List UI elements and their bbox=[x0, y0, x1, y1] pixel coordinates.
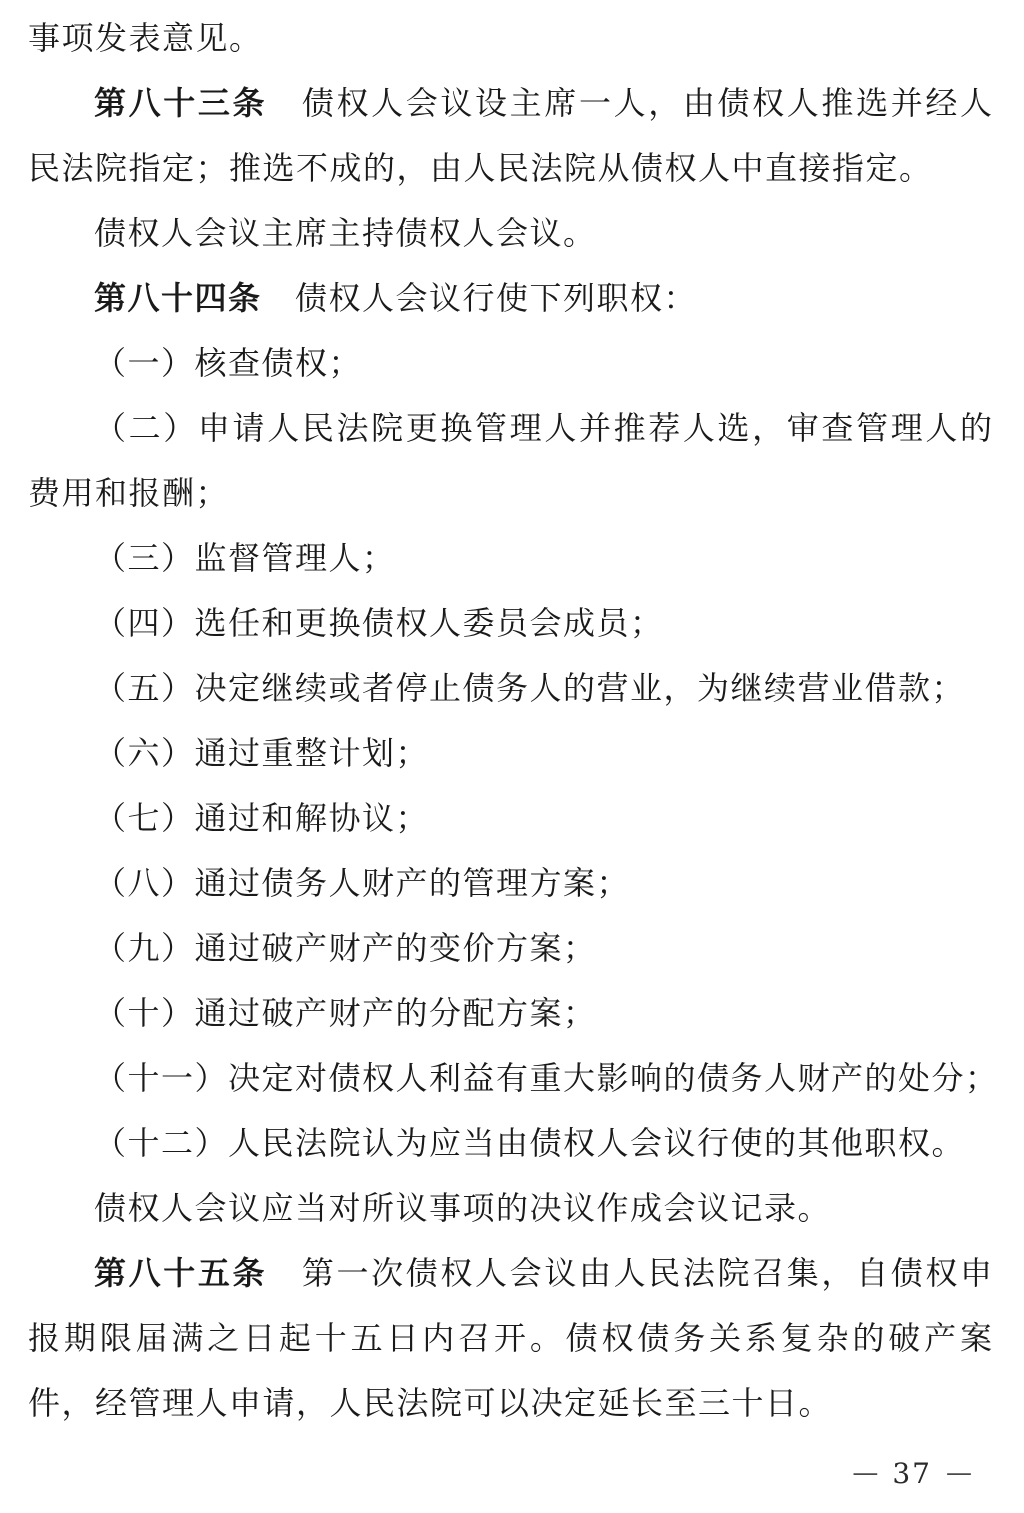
article-83-number: 第八十三条 bbox=[94, 84, 267, 122]
line-text: 债权人会议应当对所议事项的决议作成会议记录。 bbox=[94, 1189, 831, 1227]
footer-left-dash: — bbox=[852, 1458, 878, 1488]
list-item-2: （二）申请人民法院更换管理人并推荐人选，审查管理人的 bbox=[28, 396, 992, 461]
line-text: 事项发表意见。 bbox=[28, 19, 263, 57]
article-85-heading-line: 第八十五条 第一次债权人会议由人民法院召集，自债权申 bbox=[28, 1241, 992, 1306]
line-text: （十一）决定对债权人利益有重大影响的债务人财产的处分； bbox=[94, 1059, 999, 1097]
list-item-7: （七）通过和解协议； bbox=[28, 786, 992, 851]
list-item-8: （八）通过债务人财产的管理方案； bbox=[28, 851, 992, 916]
doc-line: 债权人会议应当对所议事项的决议作成会议记录。 bbox=[28, 1176, 992, 1241]
list-item-1: （一）核查债权； bbox=[28, 331, 992, 396]
line-text: 报期限届满之日起十五日内召开。债权债务关系复杂的破产案 bbox=[28, 1319, 992, 1357]
list-item-11: （十一）决定对债权人利益有重大影响的债务人财产的处分； bbox=[28, 1046, 992, 1111]
list-item-2-continuation: 费用和报酬； bbox=[28, 461, 992, 526]
line-text: 第一次债权人会议由人民法院召集，自债权申 bbox=[267, 1254, 992, 1292]
article-85-number: 第八十五条 bbox=[94, 1254, 267, 1292]
line-text: 债权人会议主席主持债权人会议。 bbox=[94, 214, 597, 252]
list-item-5: （五）决定继续或者停止债务人的营业，为继续营业借款； bbox=[28, 656, 992, 721]
line-text: （七）通过和解协议； bbox=[94, 799, 429, 837]
page-number: 37 bbox=[892, 1457, 932, 1490]
list-item-3: （三）监督管理人； bbox=[28, 526, 992, 591]
article-84-number: 第八十四条 bbox=[94, 279, 262, 317]
text-block: 事项发表意见。 第八十三条 债权人会议设主席一人，由债权人推选并经人 民法院指定… bbox=[0, 0, 1024, 1436]
line-text: （三）监督管理人； bbox=[94, 539, 396, 577]
list-item-10: （十）通过破产财产的分配方案； bbox=[28, 981, 992, 1046]
line-text: 民法院指定；推选不成的，由人民法院从债权人中直接指定。 bbox=[28, 149, 933, 187]
line-text: 件，经管理人申请，人民法院可以决定延长至三十日。 bbox=[28, 1384, 832, 1422]
line-text: 债权人会议设主席一人，由债权人推选并经人 bbox=[267, 84, 992, 122]
page-footer: —37— bbox=[0, 1452, 1024, 1494]
doc-line: 债权人会议主席主持债权人会议。 bbox=[28, 201, 992, 266]
doc-line-continuation: 事项发表意见。 bbox=[28, 6, 992, 71]
line-text: 费用和报酬； bbox=[28, 474, 229, 512]
line-text: （八）通过债务人财产的管理方案； bbox=[94, 864, 630, 902]
line-text: （十）通过破产财产的分配方案； bbox=[94, 994, 597, 1032]
list-item-6: （六）通过重整计划； bbox=[28, 721, 992, 786]
line-text: （一）核查债权； bbox=[94, 344, 362, 382]
line-text: （五）决定继续或者停止债务人的营业，为继续营业借款； bbox=[94, 669, 965, 707]
list-item-4: （四）选任和更换债权人委员会成员； bbox=[28, 591, 992, 656]
footer-right-dash: — bbox=[946, 1458, 972, 1488]
line-text: 债权人会议行使下列职权： bbox=[262, 279, 698, 317]
article-83-heading-line: 第八十三条 债权人会议设主席一人，由债权人推选并经人 bbox=[28, 71, 992, 136]
line-text: （四）选任和更换债权人委员会成员； bbox=[94, 604, 664, 642]
article-84-heading-line: 第八十四条 债权人会议行使下列职权： bbox=[28, 266, 992, 331]
list-item-9: （九）通过破产财产的变价方案； bbox=[28, 916, 992, 981]
list-item-12: （十二）人民法院认为应当由债权人会议行使的其他职权。 bbox=[28, 1111, 992, 1176]
line-text: （六）通过重整计划； bbox=[94, 734, 429, 772]
line-text: （二）申请人民法院更换管理人并推荐人选，审查管理人的 bbox=[94, 409, 992, 447]
doc-line: 件，经管理人申请，人民法院可以决定延长至三十日。 bbox=[28, 1371, 992, 1436]
line-text: （十二）人民法院认为应当由债权人会议行使的其他职权。 bbox=[94, 1124, 965, 1162]
doc-line: 报期限届满之日起十五日内召开。债权债务关系复杂的破产案 bbox=[28, 1306, 992, 1371]
document-page: 事项发表意见。 第八十三条 债权人会议设主席一人，由债权人推选并经人 民法院指定… bbox=[0, 0, 1024, 1513]
line-text: （九）通过破产财产的变价方案； bbox=[94, 929, 597, 967]
doc-line: 民法院指定；推选不成的，由人民法院从债权人中直接指定。 bbox=[28, 136, 992, 201]
